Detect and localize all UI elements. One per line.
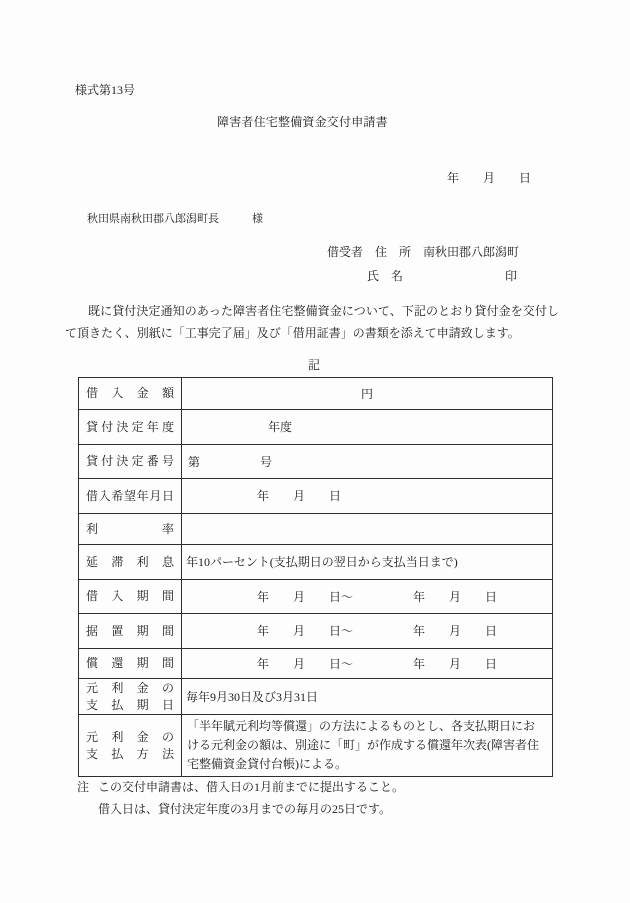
form-number: 様式第13号 — [75, 84, 135, 97]
row-label-loan-decision-year: 貸付決定年度 — [79, 410, 182, 445]
row-value-deferment-period: 年 月 日～ 年 月 日 — [182, 614, 553, 649]
row-value-interest-rate — [182, 514, 553, 545]
table-row: 借入希望年月日 年 月 日 — [79, 479, 553, 514]
table-row: 借入金額 円 — [79, 378, 553, 410]
note-text: この交付申請書は、借入日の1月前までに提出すること。 — [98, 780, 404, 794]
row-value-payment-due-date: 毎年9月30日及び3月31日 — [182, 679, 553, 715]
row-value-loan-decision-number: 第 号 — [182, 445, 553, 479]
seal-mark: 印 — [505, 270, 517, 283]
row-label-deferment-period: 据置期間 — [79, 614, 182, 649]
note-marker: 注 — [77, 780, 89, 794]
body-paragraph: 既に貸付決定通知のあった障害者住宅整備資金について、下記のとおり貸付金を交付して… — [65, 300, 559, 344]
row-label-payment-due-date: 元利金の 支払期日 — [79, 679, 182, 715]
table-row: 貸付決定年度 年度 — [79, 410, 553, 445]
row-value-redemption-period: 年 月 日～ 年 月 日 — [182, 649, 553, 679]
ki-heading: 記 — [308, 359, 320, 372]
row-value-borrow-amount: 円 — [182, 378, 553, 410]
table-row: 償還期間 年 月 日～ 年 月 日 — [79, 649, 553, 679]
row-label-overdue-interest: 延滞利息 — [79, 545, 182, 580]
table-row: 利率 — [79, 514, 553, 545]
row-label-redemption-period: 償還期間 — [79, 649, 182, 679]
table-row: 貸付決定番号 第 号 — [79, 445, 553, 479]
row-value-overdue-interest: 年10パーセント(支払期日の翌日から支払当日まで) — [182, 545, 553, 580]
borrower-name-label: 氏 名 — [367, 270, 403, 283]
table-row: 据置期間 年 月 日～ 年 月 日 — [79, 614, 553, 649]
application-table: 借入金額 円 貸付決定年度 年度 貸付決定番号 第 号 借入希望年月日 年 月 … — [78, 377, 553, 777]
row-label-interest-rate: 利率 — [79, 514, 182, 545]
table-row: 借入期間 年 月 日～ 年 月 日 — [79, 580, 553, 614]
row-label-borrow-amount: 借入金額 — [79, 378, 182, 410]
addressee-line: 秋田県南秋田郡八郎潟町長 様 — [87, 213, 263, 225]
row-value-borrow-period: 年 月 日～ 年 月 日 — [182, 580, 553, 614]
table-row: 延滞利息 年10パーセント(支払期日の翌日から支払当日まで) — [79, 545, 553, 580]
row-value-loan-decision-year: 年度 — [182, 410, 553, 445]
row-label-payment-method: 元利金の 支払方法 — [79, 715, 182, 777]
row-label-loan-decision-number: 貸付決定番号 — [79, 445, 182, 479]
table-row: 元利金の 支払期日 毎年9月30日及び3月31日 — [79, 679, 553, 715]
application-form-page: 様式第13号 障害者住宅整備資金交付申請書 年 月 日 秋田県南秋田郡八郎潟町長… — [0, 0, 630, 903]
note-line-2: 借入日は、貸付決定年度の3月までの毎月の25日です。 — [98, 803, 391, 816]
note-line-1: 注この交付申請書は、借入日の1月前までに提出すること。 — [77, 781, 404, 794]
row-value-payment-method: 「半年賦元利均等償還」の方法によるものとし、各支払期日における元利金の額は、別途… — [182, 715, 553, 777]
table-row: 元利金の 支払方法 「半年賦元利均等償還」の方法によるものとし、各支払期日におけ… — [79, 715, 553, 777]
row-value-desired-borrow-date: 年 月 日 — [182, 479, 553, 514]
row-label-desired-borrow-date: 借入希望年月日 — [79, 479, 182, 514]
document-title: 障害者住宅整備資金交付申請書 — [217, 116, 388, 129]
borrower-address-line: 借受者 住 所 南秋田郡八郎潟町 — [327, 246, 519, 259]
row-label-borrow-period: 借入期間 — [79, 580, 182, 614]
date-line: 年 月 日 — [447, 172, 531, 185]
